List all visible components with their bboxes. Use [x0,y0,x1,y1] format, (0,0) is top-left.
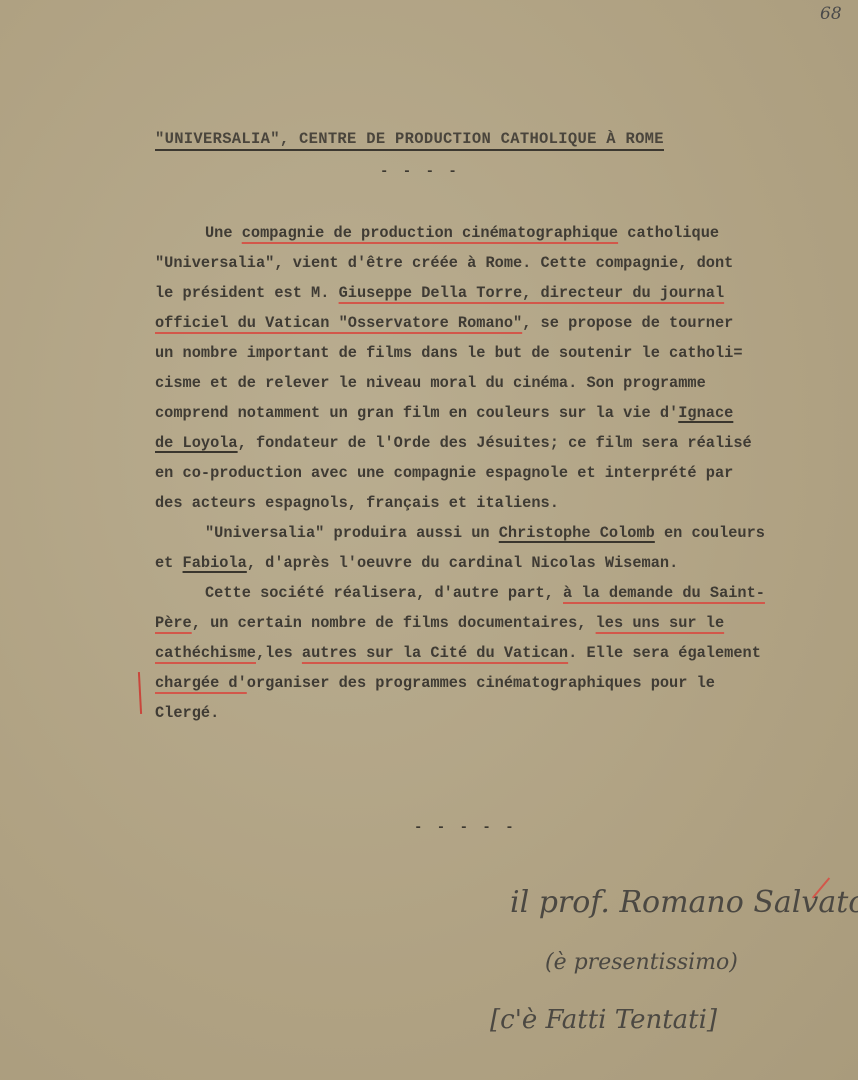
document-body: Une compagnie de production cinématograp… [155,218,845,728]
text-line: des acteurs espagnols, français et itali… [155,488,845,518]
text-line: le président est M. Giuseppe Della Torre… [155,278,845,308]
text-line: et Fabiola, d'après l'oeuvre du cardinal… [155,548,845,578]
underlined-phrase: chargée d' [155,674,247,692]
margin-mark [138,672,142,714]
handwritten-note-line-3: [c'è Fatti Tentati] [490,1005,717,1035]
text-line: Clergé. [155,698,845,728]
text-line: de Loyola, fondateur de l'Orde des Jésui… [155,428,845,458]
text-line: cisme et de relever le niveau moral du c… [155,368,845,398]
underlined-phrase: compagnie de production cinématographiqu… [242,224,618,242]
page-number: 68 [820,4,842,24]
handwritten-note-line-1: il prof. Romano Salvatore [510,885,858,920]
text-line: "Universalia", vient d'être créée à Rome… [155,248,845,278]
text-line: "Universalia" produira aussi un Christop… [155,518,845,548]
text-line: Une compagnie de production cinématograp… [155,218,845,248]
underlined-phrase: cathéchisme [155,644,256,662]
text-line: officiel du Vatican "Osservatore Romano"… [155,308,845,338]
text-line: comprend notamment un gran film en coule… [155,398,845,428]
document-title: "UNIVERSALIA", CENTRE DE PRODUCTION CATH… [155,130,664,151]
underlined-phrase: Père [155,614,192,632]
text-line: chargée d'organiser des programmes ciném… [155,668,845,698]
text-line: Cette société réalisera, d'autre part, à… [155,578,845,608]
underlined-phrase: autres sur la Cité du Vatican [302,644,568,662]
underlined-phrase: Christophe Colomb [499,524,655,542]
underlined-phrase: Fabiola [183,554,247,572]
handwritten-note-line-2: (è presentissimo) [545,950,738,975]
underlined-phrase: Ignace [678,404,733,422]
text-line: Père, un certain nombre de films documen… [155,608,845,638]
separator-top: - - - - [380,168,460,176]
underlined-phrase: Giuseppe Della Torre, directeur du journ… [339,284,725,302]
underlined-phrase: à la demande du Saint- [563,584,765,602]
text-line: cathéchisme,les autres sur la Cité du Va… [155,638,845,668]
separator-bottom: - - - - - [414,824,517,832]
underlined-phrase: de Loyola [155,434,238,452]
underlined-phrase: les uns sur le [596,614,725,632]
text-line: un nombre important de films dans le but… [155,338,845,368]
text-line: en co-production avec une compagnie espa… [155,458,845,488]
underlined-phrase: officiel du Vatican "Osservatore Romano" [155,314,522,332]
